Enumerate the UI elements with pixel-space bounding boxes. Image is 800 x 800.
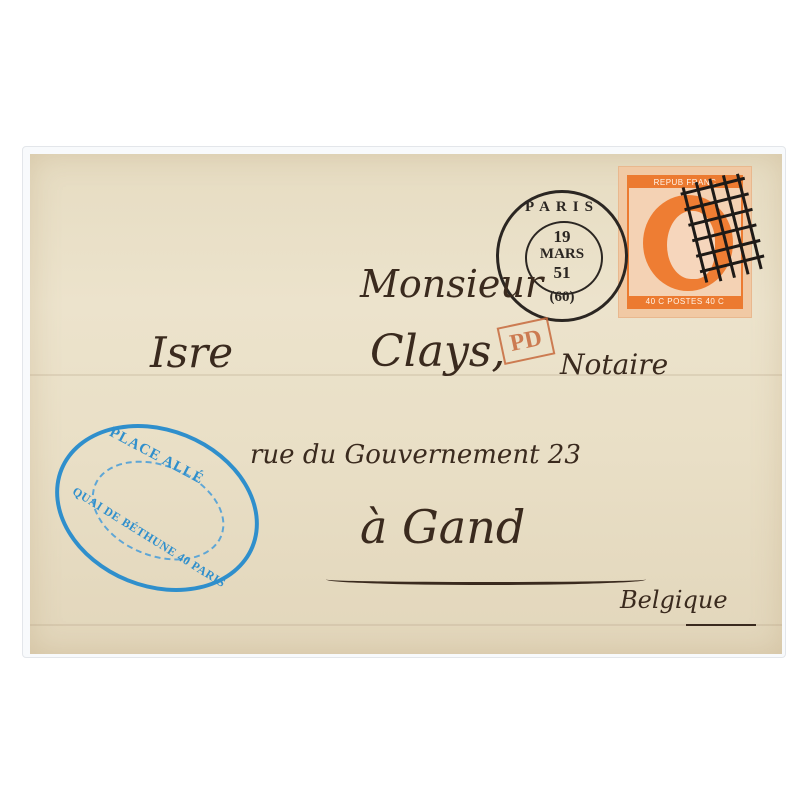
fold-line xyxy=(30,624,782,626)
postmark-day: 19 xyxy=(499,227,625,247)
country-underline xyxy=(686,624,756,626)
address-city: à Gand xyxy=(360,500,525,554)
address-country: Belgique xyxy=(620,586,728,614)
address-street: rue du Gouvernement 23 xyxy=(250,440,581,470)
stamp-bottom-text: 40 C POSTES 40 C xyxy=(629,296,741,307)
address-name: Clays, xyxy=(370,326,505,377)
postmark-month: MARS xyxy=(499,246,625,263)
address-line-1: Monsieur xyxy=(360,262,543,306)
address-role: Notaire xyxy=(560,348,668,381)
city-underline xyxy=(326,574,646,585)
postmark-city: PARIS xyxy=(499,199,625,216)
address-title: Isre xyxy=(150,328,233,377)
